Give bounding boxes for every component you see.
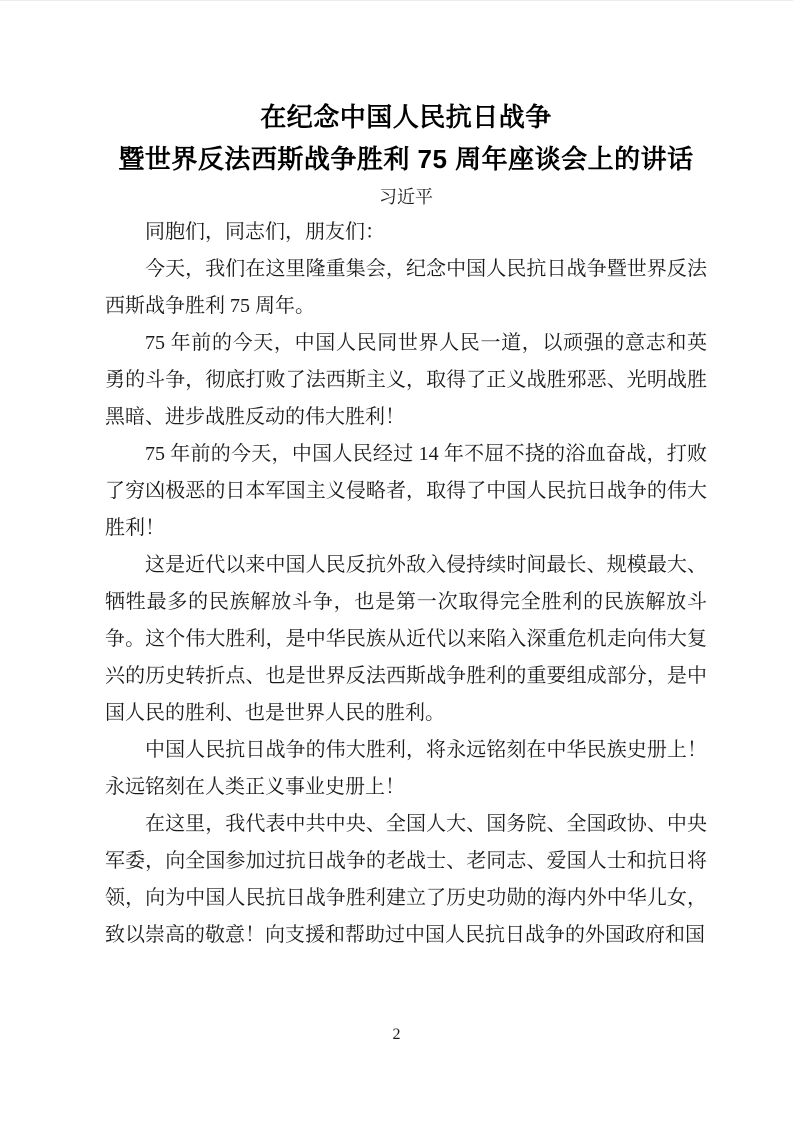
title-line-1: 在纪念中国人民抗日战争 xyxy=(105,96,707,138)
author-name: 习近平 xyxy=(105,180,707,214)
document-title: 在纪念中国人民抗日战争 暨世界反法西斯战争胜利 75 周年座谈会上的讲话 xyxy=(105,96,707,180)
document-page: 在纪念中国人民抗日战争 暨世界反法西斯战争胜利 75 周年座谈会上的讲话 习近平… xyxy=(0,0,793,1122)
document-body: 同胞们，同志们，朋友们： 今天，我们在这里隆重集会，纪念中国人民抗日战争暨世界反… xyxy=(105,214,707,954)
paragraph: 中国人民抗日战争的伟大胜利，将永远铭刻在中华民族史册上！永远铭刻在人类正义事业史… xyxy=(105,732,707,806)
title-line-2: 暨世界反法西斯战争胜利 75 周年座谈会上的讲话 xyxy=(105,138,707,180)
paragraph: 这是近代以来中国人民反抗外敌入侵持续时间最长、规模最大、牺牲最多的民族解放斗争，… xyxy=(105,547,707,732)
paragraph: 今天，我们在这里隆重集会，纪念中国人民抗日战争暨世界反法西斯战争胜利 75 周年… xyxy=(105,251,707,325)
page-content: 在纪念中国人民抗日战争 暨世界反法西斯战争胜利 75 周年座谈会上的讲话 习近平… xyxy=(0,1,793,954)
paragraph: 在这里，我代表中共中央、全国人大、国务院、全国政协、中央军委，向全国参加过抗日战… xyxy=(105,806,707,954)
paragraph: 75 年前的今天，中国人民经过 14 年不屈不挠的浴血奋战，打败了穷凶极恶的日本… xyxy=(105,436,707,547)
paragraph-salutation: 同胞们，同志们，朋友们： xyxy=(105,214,707,251)
paragraph: 75 年前的今天，中国人民同世界人民一道，以顽强的意志和英勇的斗争，彻底打败了法… xyxy=(105,325,707,436)
page-number: 2 xyxy=(0,1025,793,1045)
